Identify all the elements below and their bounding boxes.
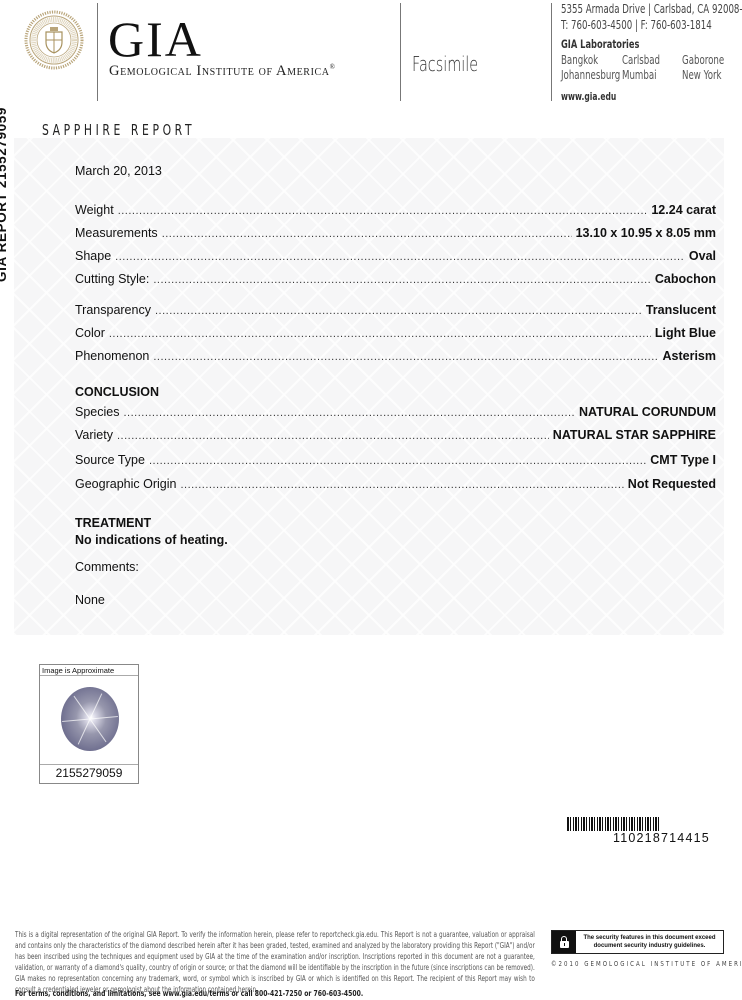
report-title: SAPPHIRE REPORT bbox=[42, 121, 195, 139]
leader-dots bbox=[153, 274, 651, 286]
labs-title: GIA Laboratories bbox=[561, 37, 639, 51]
property-label: Cutting Style: bbox=[75, 272, 149, 286]
conclusion-value: NATURAL CORUNDUM bbox=[579, 405, 716, 419]
conclusion-value: CMT Type I bbox=[650, 453, 716, 467]
leader-dots bbox=[155, 305, 642, 317]
conclusion-row-species: SpeciesNATURAL CORUNDUM bbox=[75, 405, 716, 421]
comments-value: None bbox=[75, 593, 105, 607]
star-sapphire-image bbox=[61, 687, 119, 751]
property-row-weight: Weight12.24 carat bbox=[75, 203, 716, 219]
conclusion-label: Variety bbox=[75, 428, 113, 442]
property-label: Weight bbox=[75, 203, 114, 217]
leader-dots bbox=[109, 328, 651, 340]
leader-dots bbox=[123, 407, 574, 419]
conclusion-label: Source Type bbox=[75, 453, 145, 467]
phone-fax-line: T: 760-603-4500 | F: 760-603-1814 bbox=[561, 18, 712, 32]
comments-label: Comments: bbox=[75, 560, 139, 574]
property-value: 12.24 carat bbox=[651, 203, 716, 217]
property-value: Light Blue bbox=[655, 326, 716, 340]
lab-city: Gaborone bbox=[682, 53, 724, 67]
leader-dots bbox=[115, 251, 685, 263]
header-divider bbox=[97, 3, 98, 101]
copyright: ©2010 GEMOLOGICAL INSTITUTE OF AMERICA, … bbox=[551, 960, 742, 968]
disclaimer-text: This is a digital representation of the … bbox=[15, 929, 535, 995]
lab-city: Mumbai bbox=[622, 68, 657, 82]
conclusion-row-variety: VarietyNATURAL STAR SAPPHIRE bbox=[75, 428, 716, 444]
property-label: Shape bbox=[75, 249, 111, 263]
property-row-phenomenon: PhenomenonAsterism bbox=[75, 349, 716, 365]
leader-dots bbox=[149, 455, 646, 467]
property-label: Transparency bbox=[75, 303, 151, 317]
conclusion-label: Geographic Origin bbox=[75, 477, 176, 491]
lab-city: Bangkok bbox=[561, 53, 598, 67]
gia-logo: GIA bbox=[108, 14, 203, 64]
property-row-shape: ShapeOval bbox=[75, 249, 716, 265]
header-divider bbox=[400, 3, 401, 101]
lab-city: New York bbox=[682, 68, 722, 82]
gia-seal-icon bbox=[24, 10, 84, 70]
security-text: The security features in this document e… bbox=[576, 931, 723, 953]
property-label: Color bbox=[75, 326, 105, 340]
property-row-cutting-style: Cutting Style:Cabochon bbox=[75, 272, 716, 288]
property-value: Cabochon bbox=[655, 272, 716, 286]
leader-dots bbox=[162, 228, 572, 240]
barcode bbox=[567, 817, 721, 831]
conclusion-heading: CONCLUSION bbox=[75, 385, 159, 399]
leader-dots bbox=[117, 430, 549, 442]
facsimile-label: Facsimile bbox=[412, 52, 478, 76]
terms-text: For terms, conditions, and limitations, … bbox=[15, 989, 363, 998]
conclusion-row-source-type: Source TypeCMT Type I bbox=[75, 453, 716, 469]
treatment-text: No indications of heating. bbox=[75, 533, 228, 547]
leader-dots bbox=[180, 479, 623, 491]
treatment-heading: TREATMENT bbox=[75, 516, 151, 530]
property-value: Oval bbox=[689, 249, 716, 263]
property-row-measurements: Measurements13.10 x 10.95 x 8.05 mm bbox=[75, 226, 716, 242]
lab-city: Carlsbad bbox=[622, 53, 660, 67]
header-divider bbox=[551, 3, 552, 101]
leader-dots bbox=[118, 205, 648, 217]
image-caption: Image is Approximate bbox=[40, 665, 138, 676]
conclusion-value: NATURAL STAR SAPPHIRE bbox=[553, 428, 716, 442]
leader-dots bbox=[153, 351, 658, 363]
vertical-report-id: GIA REPORT 2155279059 bbox=[0, 107, 9, 282]
lab-city: Johannesburg bbox=[561, 68, 620, 82]
website-link[interactable]: www.gia.edu bbox=[561, 91, 616, 103]
property-row-color: ColorLight Blue bbox=[75, 326, 716, 342]
property-value: 13.10 x 10.95 x 8.05 mm bbox=[576, 226, 716, 240]
conclusion-label: Species bbox=[75, 405, 119, 419]
report-date: March 20, 2013 bbox=[75, 164, 162, 178]
property-row-transparency: TransparencyTranslucent bbox=[75, 303, 716, 319]
security-notice: The security features in this document e… bbox=[551, 930, 724, 954]
barcode-number: 110218714415 bbox=[613, 831, 710, 845]
property-value: Asterism bbox=[663, 349, 717, 363]
address-line: 5355 Armada Drive | Carlsbad, CA 92008-4… bbox=[561, 2, 742, 16]
gem-image-box: Image is Approximate 2155279059 bbox=[39, 664, 139, 784]
property-value: Translucent bbox=[646, 303, 716, 317]
property-label: Measurements bbox=[75, 226, 158, 240]
conclusion-row-geographic-origin: Geographic OriginNot Requested bbox=[75, 477, 716, 493]
image-box-divider bbox=[40, 764, 138, 765]
image-report-number: 2155279059 bbox=[40, 766, 138, 780]
property-label: Phenomenon bbox=[75, 349, 149, 363]
lock-icon bbox=[552, 931, 576, 953]
conclusion-value: Not Requested bbox=[628, 477, 716, 491]
org-name: Gemological Institute of America® bbox=[109, 63, 336, 80]
